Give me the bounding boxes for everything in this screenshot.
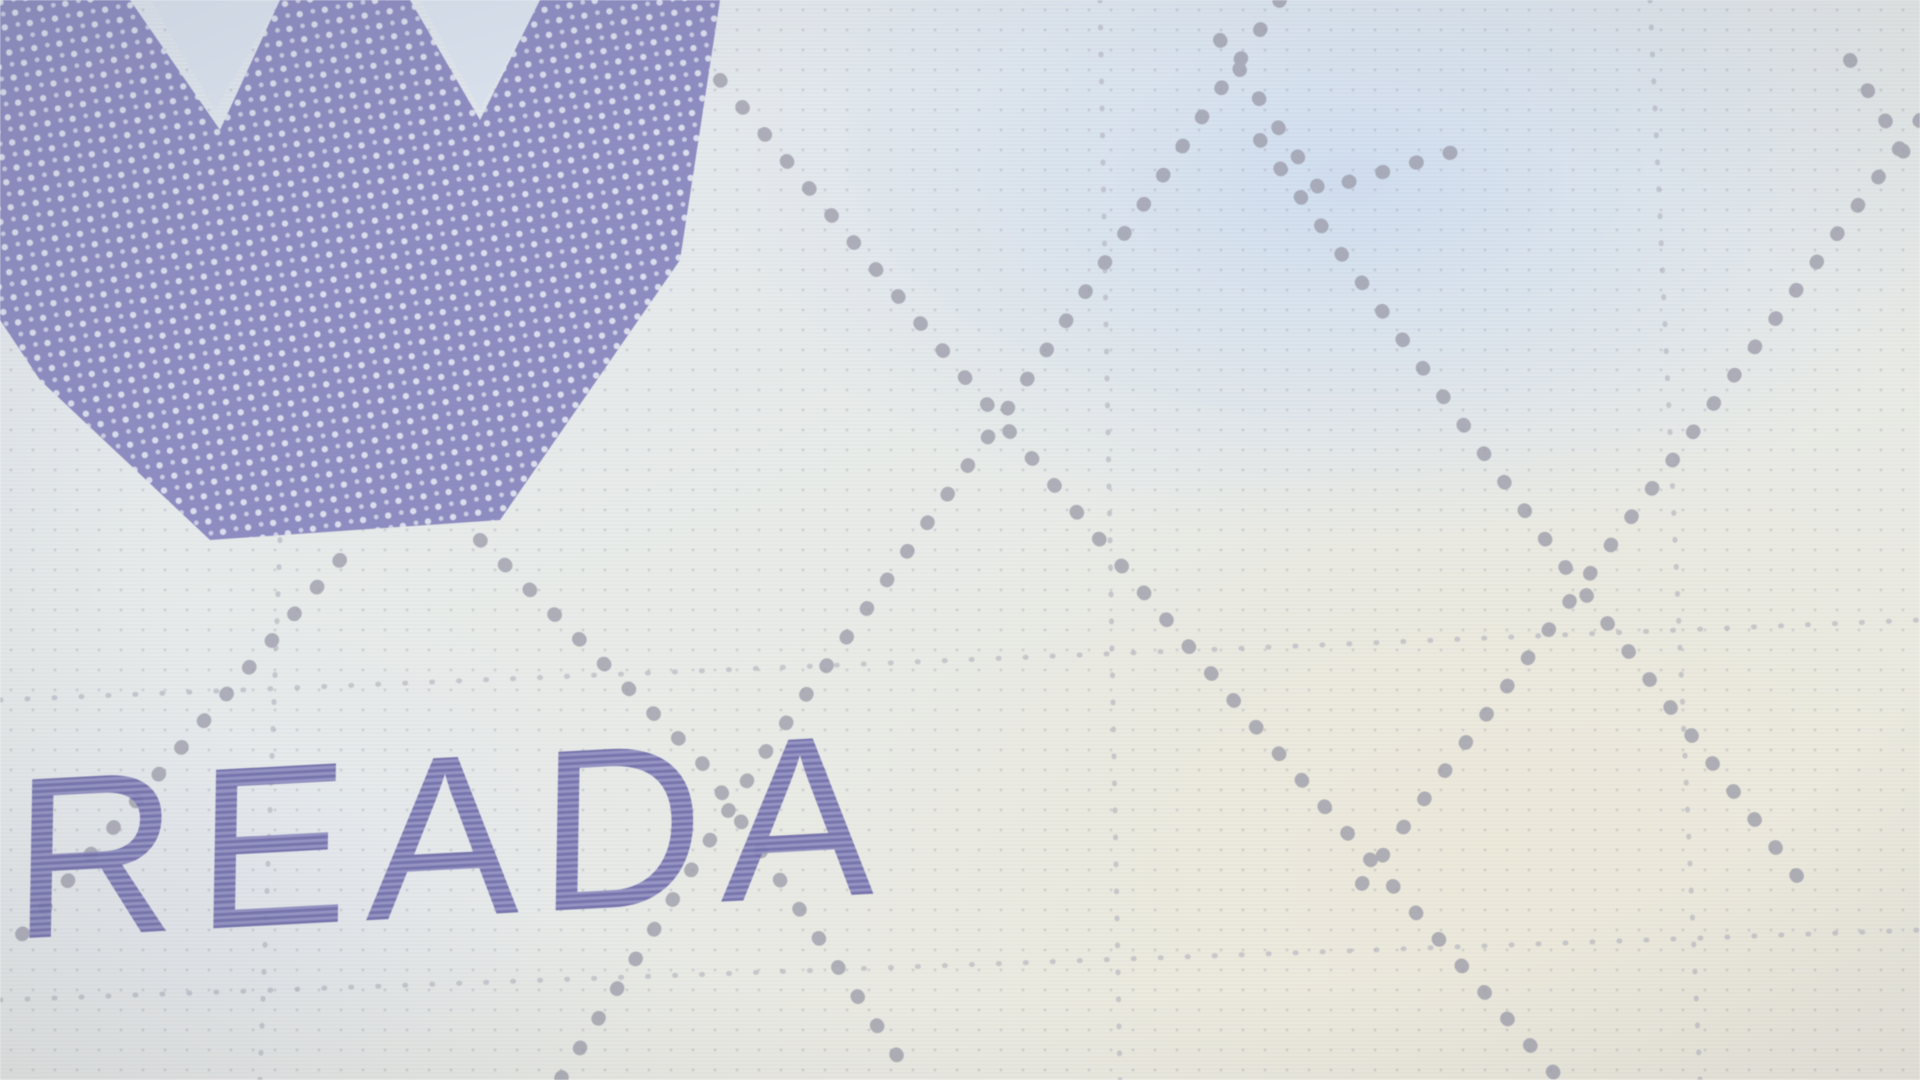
vignette: [0, 0, 1920, 1080]
fabric-photo: READA: [0, 0, 1920, 1080]
